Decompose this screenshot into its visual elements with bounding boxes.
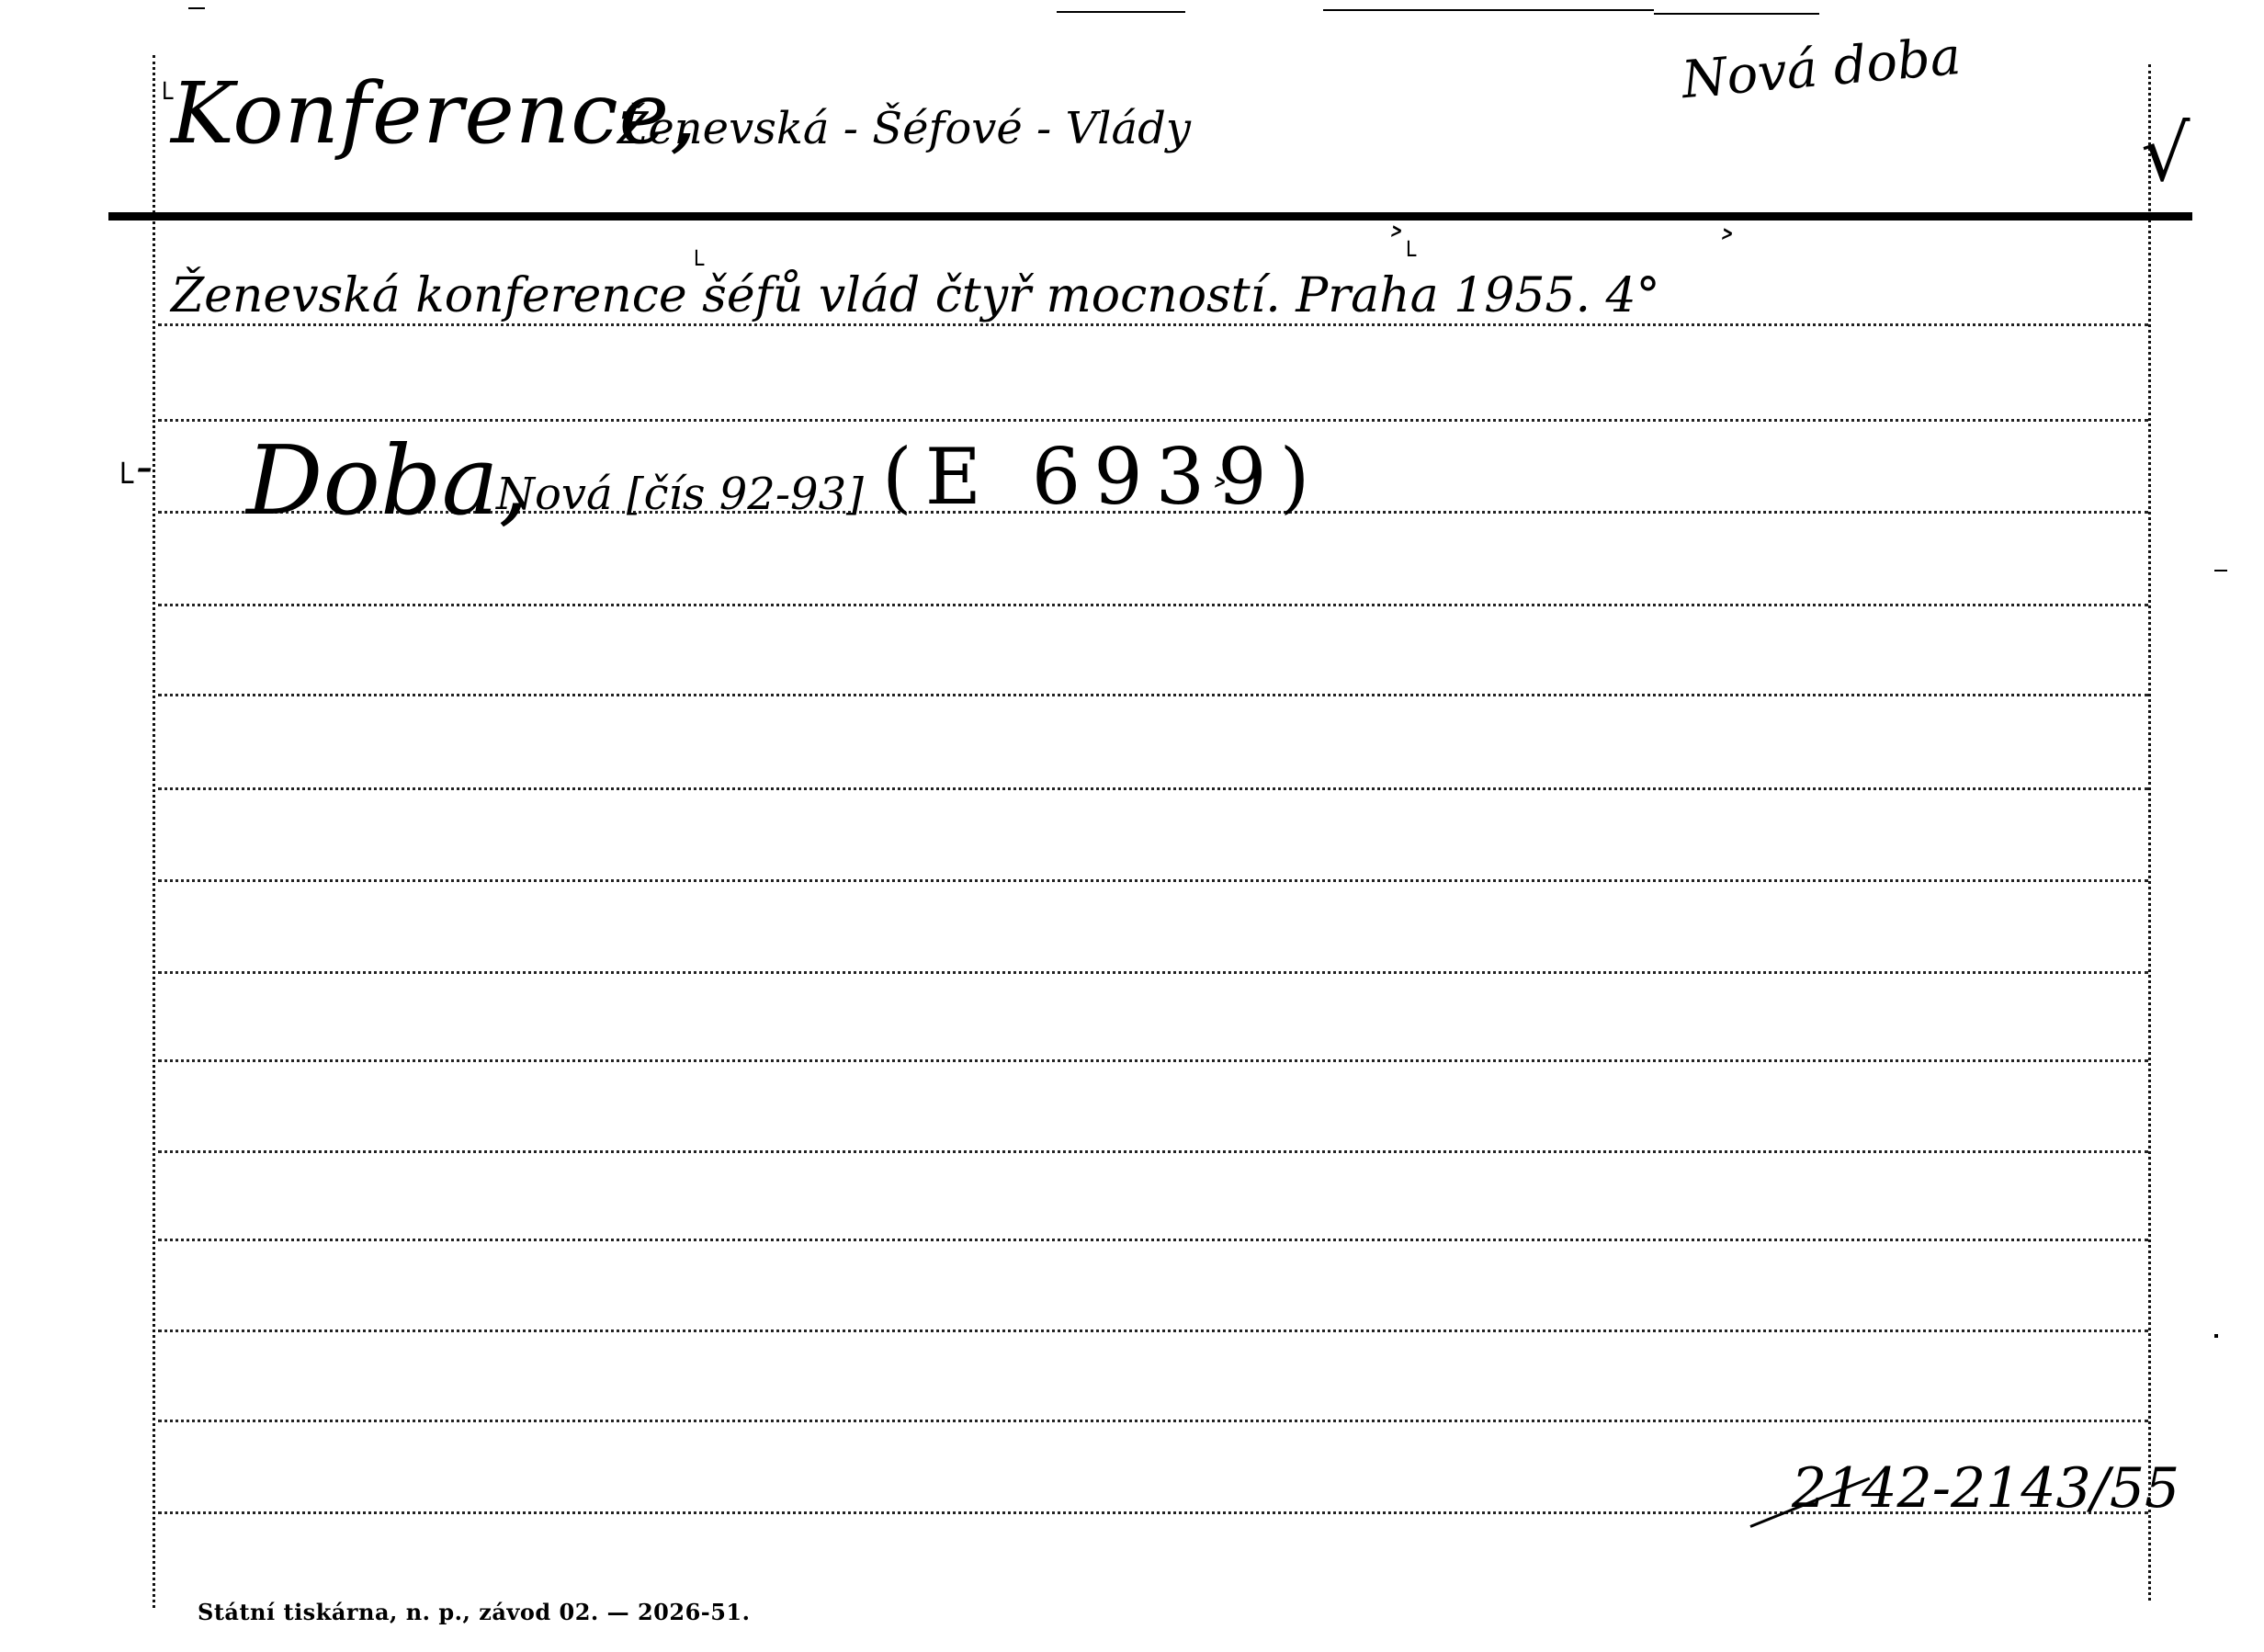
ruled-line <box>158 879 2148 882</box>
ruled-line <box>158 604 2148 606</box>
scan-artifact <box>188 7 205 9</box>
check-mark-icon: √ <box>2141 108 2190 198</box>
scan-artifact <box>1323 9 1654 11</box>
ruled-line <box>158 1330 2148 1332</box>
edit-mark: ˪ <box>694 232 706 275</box>
ruled-line <box>158 1059 2148 1062</box>
right-dotted-border <box>2148 64 2151 1601</box>
scan-artifact <box>2214 570 2227 571</box>
scan-artifact <box>1654 13 1819 15</box>
edit-mark: ˃˪ <box>1387 222 1418 266</box>
scan-artifact <box>1057 11 1185 13</box>
entry-hook-mark: ˪- <box>119 437 153 495</box>
ruled-line <box>158 971 2148 974</box>
printer-imprint: Státní tiskárna, n. p., závod 02. — 2026… <box>198 1599 750 1625</box>
entry-subheading: Nová [čís 92-93] <box>496 469 864 520</box>
entry-arrow-mark: ˃ <box>1211 474 1229 516</box>
accession-number: 2142-2143/55 <box>1792 1456 2179 1521</box>
left-dotted-border <box>153 55 155 1608</box>
ruled-line <box>158 419 2148 422</box>
heading-subtitle: Ženevská - Šéfové - Vlády <box>617 103 1191 154</box>
scan-artifact <box>2214 1334 2218 1338</box>
entry-shelf-code: (E 6939) <box>882 432 1322 522</box>
ruled-line <box>158 1239 2148 1241</box>
top-right-note: Nová doba <box>1680 27 1964 110</box>
ruled-line <box>158 323 2148 326</box>
ruled-line <box>158 694 2148 696</box>
edit-mark: ˃ <box>1718 226 1737 268</box>
entry-title-line: Ženevská konference šéfů vlád čtyř mocno… <box>171 268 1660 323</box>
entry-main-heading: Doba, <box>246 424 529 537</box>
ruled-line <box>158 1150 2148 1153</box>
heading-rule <box>108 212 2192 221</box>
ruled-line <box>158 787 2148 790</box>
ruled-line <box>158 1420 2148 1422</box>
